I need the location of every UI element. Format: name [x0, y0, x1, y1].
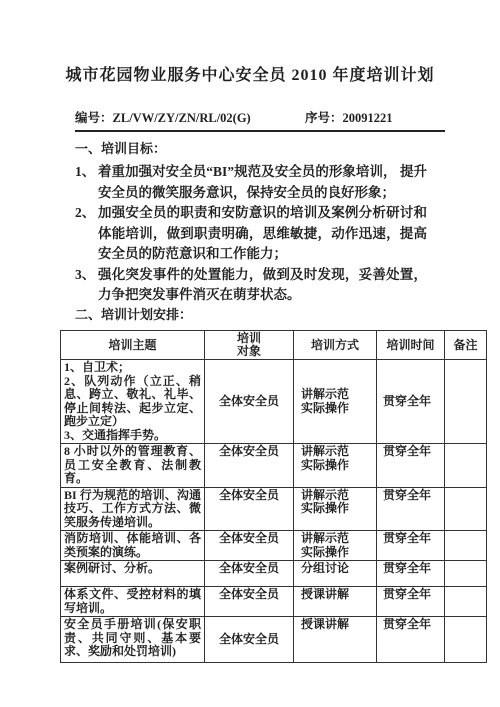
- cell-audience: 全体安全员: [205, 487, 294, 531]
- cell-time: 贯穿全年: [377, 561, 445, 587]
- cell-time: 贯穿全年: [377, 360, 445, 444]
- cell-method: 授课讲解: [294, 587, 377, 617]
- cell-note: [445, 444, 487, 488]
- cell-theme: BI 行为规范的培训、沟通技巧、工作方式方法、微笑服务传递培训。: [61, 487, 205, 531]
- col-header-note: 备注: [445, 331, 487, 360]
- table-row: 消防培训、体能培训、各类预案的演练。 全体安全员 讲解示范 实际操作 贯穿全年: [61, 531, 487, 561]
- cell-theme: 1、自卫术； 2、队列动作（立正、稍息、跨立、敬礼、礼毕、停止间转法、起步立定、…: [61, 360, 205, 444]
- table-row: 体系文件、受控材料的填写培训。 全体安全员 授课讲解 贯穿全年: [61, 587, 487, 617]
- table-row: 1、自卫术； 2、队列动作（立正、稍息、跨立、敬礼、礼毕、停止间转法、起步立定、…: [61, 360, 487, 444]
- cell-note: [445, 561, 487, 587]
- goal-item-number: 3、: [75, 265, 98, 306]
- serial-number-value: 20091221: [343, 111, 393, 125]
- cell-audience: 全体安全员: [205, 587, 294, 617]
- serial-number: 序号：20091221: [305, 108, 393, 126]
- cell-theme: 安全员手册培训(保安职责、共同守则、基本要求、奖励和处罚培训): [61, 617, 205, 663]
- table-row: 案例研讨、分析。 全体安全员 分组讨论 贯穿全年: [61, 561, 487, 587]
- doc-number: 编号：ZL/VW/ZY/ZN/RL/02(G): [75, 111, 251, 125]
- cell-note: [445, 360, 487, 444]
- cell-theme: 案例研讨、分析。: [61, 561, 205, 587]
- goal-item-text: 加强安全员的职责和安防意识的培训及案例分析研讨和体能培训，做到职责明确，思维敏捷…: [98, 203, 427, 265]
- cell-note: [445, 531, 487, 561]
- col-header-time: 培训时间: [377, 331, 445, 360]
- plan-heading: 二、培训计划安排：: [75, 304, 192, 323]
- cell-method: 讲解示范 实际操作: [294, 360, 377, 444]
- table-row: BI 行为规范的培训、沟通技巧、工作方式方法、微笑服务传递培训。 全体安全员 讲…: [61, 487, 487, 531]
- goal-item-number: 2、: [75, 203, 98, 265]
- training-goals-section: 一、培训目标： 1、 着重加强对安全员“BI”规范及安全员的形象培训， 提升安全…: [75, 138, 427, 306]
- cell-audience: 全体安全员: [205, 617, 294, 663]
- cell-time: 贯穿全年: [377, 617, 445, 663]
- cell-audience: 全体安全员: [205, 360, 294, 444]
- cell-theme: 体系文件、受控材料的填写培训。: [61, 587, 205, 617]
- goal-item-text: 着重加强对安全员“BI”规范及安全员的形象培训， 提升安全员的微笑服务意识，保持…: [98, 162, 427, 203]
- cell-time: 贯穿全年: [377, 487, 445, 531]
- goal-item: 1、 着重加强对安全员“BI”规范及安全员的形象培训， 提升安全员的微笑服务意识…: [75, 162, 427, 203]
- cell-note: [445, 587, 487, 617]
- cell-audience: 全体安全员: [205, 561, 294, 587]
- doc-number-value: ZL/VW/ZY/ZN/RL/02(G): [113, 111, 251, 125]
- goal-item: 2、 加强安全员的职责和安防意识的培训及案例分析研讨和体能培训，做到职责明确，思…: [75, 203, 427, 265]
- cell-method: 授课讲解: [294, 617, 377, 663]
- col-header-theme: 培训主题: [61, 331, 205, 360]
- goal-item-text: 强化突发事件的处置能力，做到及时发现，妥善处置，力争把突发事件消灭在萌芽状态。: [98, 265, 427, 306]
- doc-number-label: 编号：: [75, 111, 113, 125]
- cell-method: 讲解示范 实际操作: [294, 531, 377, 561]
- cell-note: [445, 487, 487, 531]
- table-header-row: 培训主题 培训 对象 培训方式 培训时间 备注: [61, 331, 487, 360]
- cell-time: 贯穿全年: [377, 587, 445, 617]
- cell-note: [445, 617, 487, 663]
- cell-method: 讲解示范 实际操作: [294, 487, 377, 531]
- cell-theme: 消防培训、体能培训、各类预案的演练。: [61, 531, 205, 561]
- serial-number-label: 序号：: [305, 111, 343, 125]
- cell-theme: 8 小时以外的管理教育、员工安全教育、法制教育。: [61, 444, 205, 488]
- cell-method: 讲解示范 实际操作: [294, 444, 377, 488]
- document-meta-row: 编号：ZL/VW/ZY/ZN/RL/02(G) 序号：20091221: [75, 108, 445, 132]
- document-page: 城市花园物业服务中心安全员 2010 年度培训计划 编号：ZL/VW/ZY/ZN…: [0, 0, 500, 707]
- goal-item-number: 1、: [75, 162, 98, 203]
- table-row: 安全员手册培训(保安职责、共同守则、基本要求、奖励和处罚培训) 全体安全员 授课…: [61, 617, 487, 663]
- table-row: 8 小时以外的管理教育、员工安全教育、法制教育。 全体安全员 讲解示范 实际操作…: [61, 444, 487, 488]
- col-header-audience: 培训 对象: [205, 331, 294, 360]
- goal-item: 3、 强化突发事件的处置能力，做到及时发现，妥善处置，力争把突发事件消灭在萌芽状…: [75, 265, 427, 306]
- cell-time: 贯穿全年: [377, 444, 445, 488]
- col-header-method: 培训方式: [294, 331, 377, 360]
- cell-time: 贯穿全年: [377, 531, 445, 561]
- cell-audience: 全体安全员: [205, 531, 294, 561]
- cell-method: 分组讨论: [294, 561, 377, 587]
- goals-heading: 一、培训目标：: [75, 138, 427, 157]
- training-plan-table: 培训主题 培训 对象 培训方式 培训时间 备注 1、自卫术； 2、队列动作（立正…: [60, 330, 487, 663]
- cell-audience: 全体安全员: [205, 444, 294, 488]
- page-title: 城市花园物业服务中心安全员 2010 年度培训计划: [0, 62, 500, 85]
